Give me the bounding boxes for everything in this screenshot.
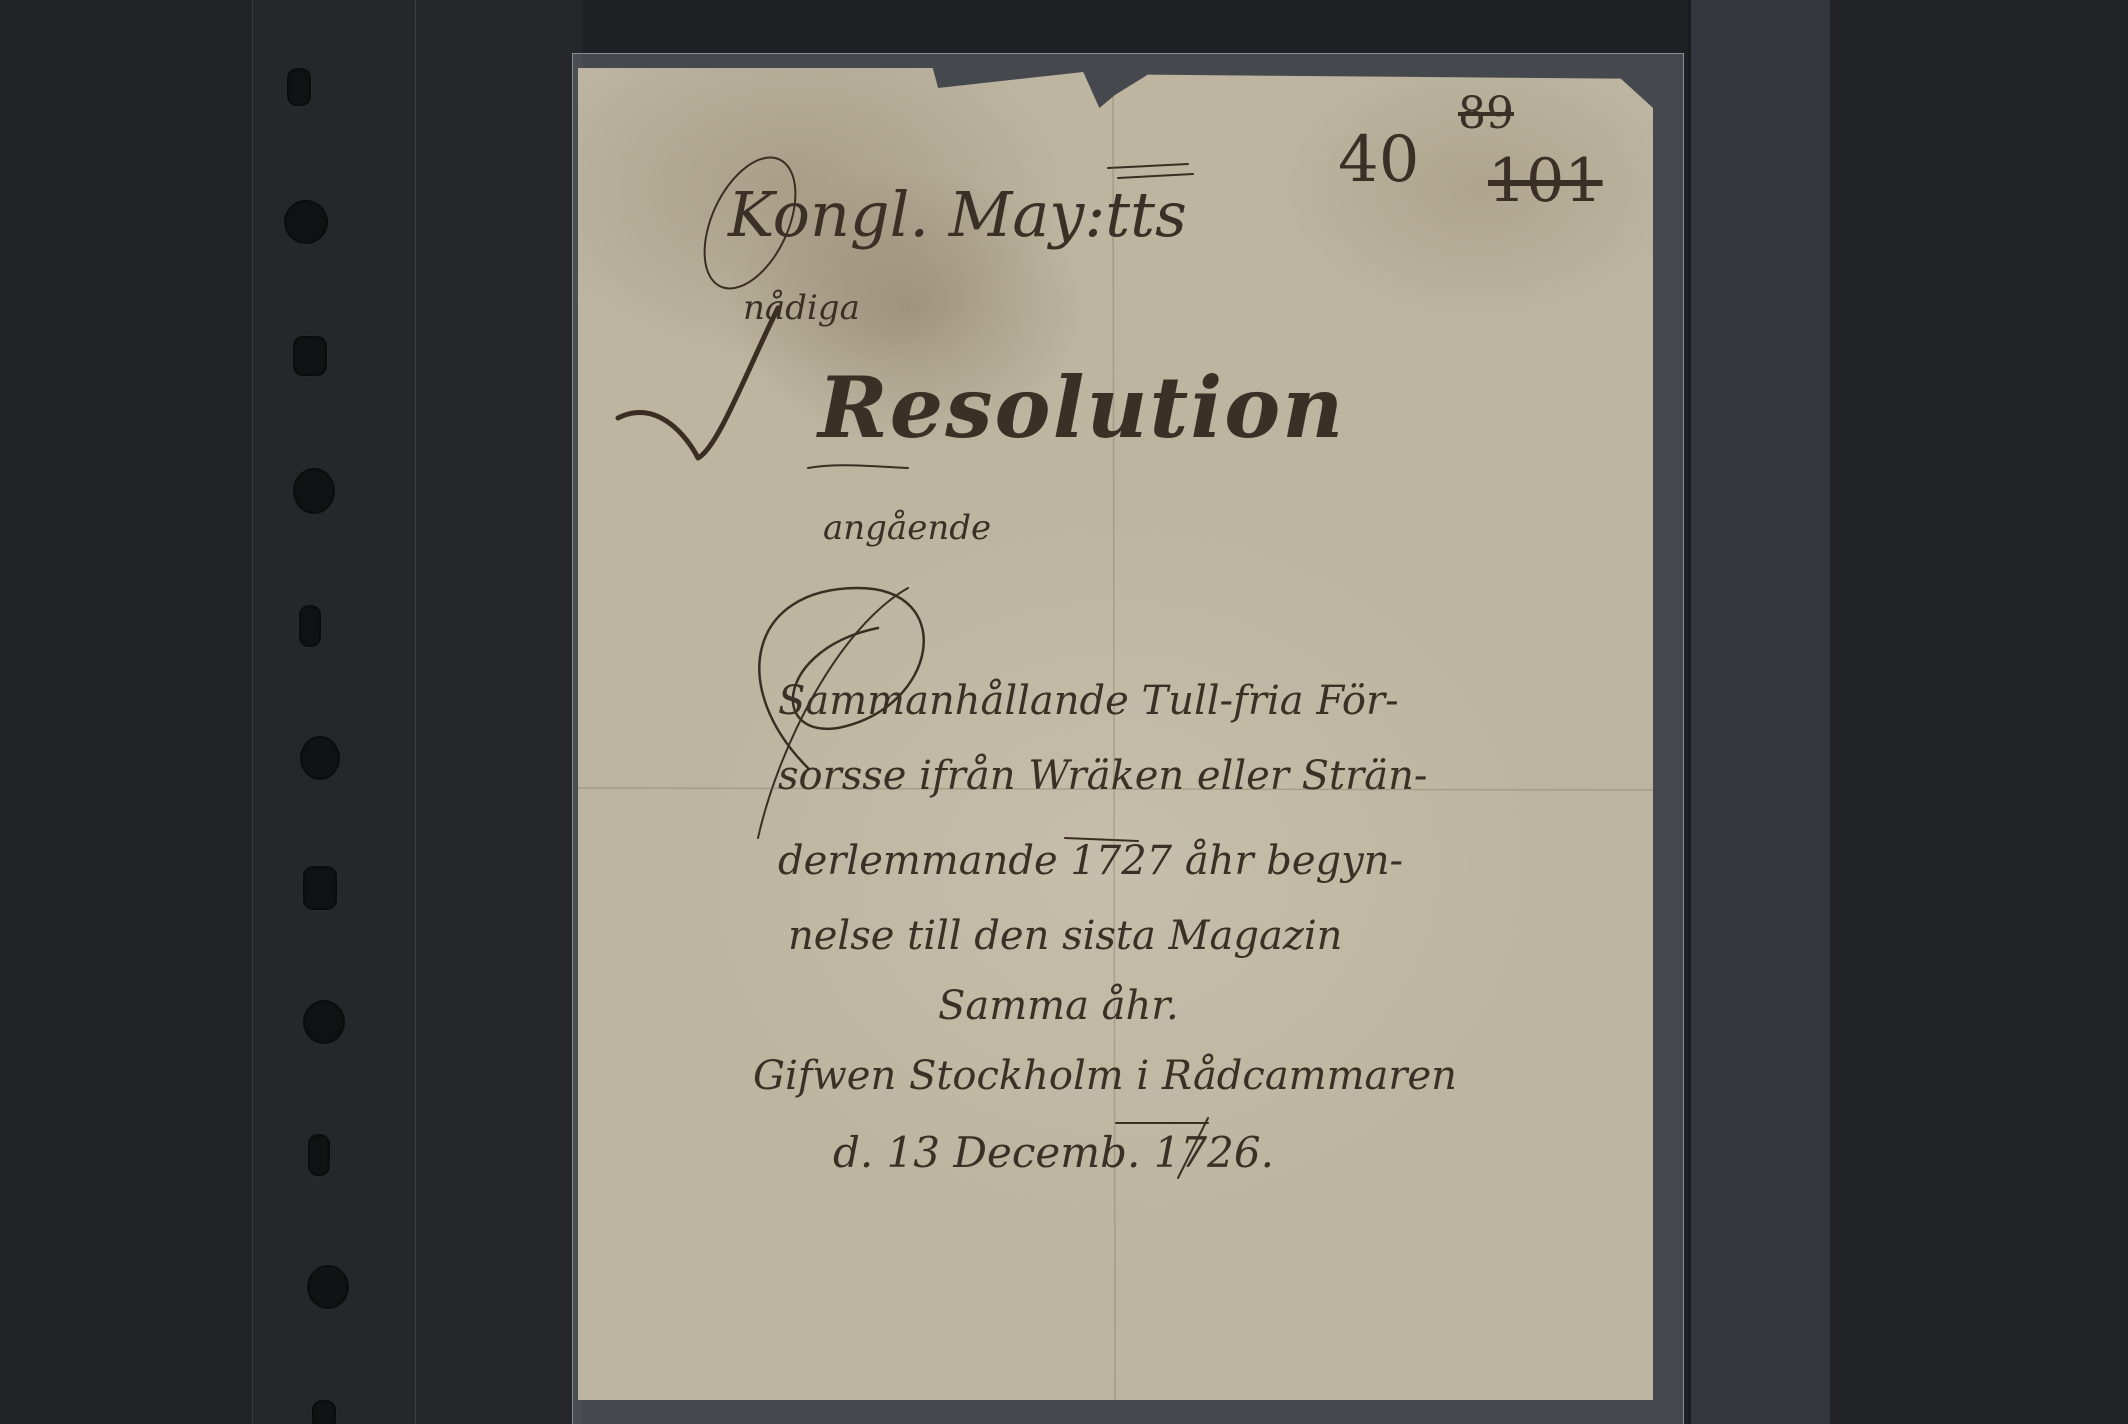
- heading-line-4: angående: [823, 508, 991, 548]
- heading-line-3: Resolution: [818, 358, 1345, 457]
- binder-back-board: [0, 0, 252, 1424]
- binder-hole: [312, 1400, 336, 1424]
- binder-hole: [303, 1000, 345, 1044]
- binder-hole: [307, 1265, 349, 1309]
- heading-line-2: nådiga: [743, 288, 860, 328]
- binder-hole: [299, 605, 321, 647]
- body-line: nelse till den sista Magazin: [788, 913, 1342, 959]
- heading-line-1: Kongl. May:tts: [728, 178, 1187, 251]
- binder-hole: [293, 336, 327, 376]
- binder-strip-crease: [415, 0, 416, 1424]
- closing-line: d. 13 Decemb. 1726.: [833, 1128, 1274, 1177]
- closing-line: Gifwen Stockholm i Rådcammaren: [753, 1053, 1457, 1099]
- body-line: Samma åhr.: [938, 983, 1179, 1029]
- body-line: sorsse ifrån Wräken eller Strän-: [778, 753, 1427, 799]
- binder-hole: [287, 68, 311, 106]
- binder-hole: [308, 1134, 330, 1176]
- document-page: 40 89 101 Kongl. May:tts nådiga Resoluti…: [578, 68, 1653, 1400]
- body-line: derlemmande 1727 åhr begyn-: [778, 838, 1403, 884]
- handwriting-flourishes: [578, 68, 1653, 1400]
- binder-front-board: [1830, 0, 2128, 1424]
- sleeve-right-flap: [1688, 0, 1833, 1424]
- binder-hole: [300, 736, 340, 780]
- binder-hole: [303, 866, 337, 910]
- body-line: Sammanhållande Tull-fria För-: [778, 678, 1399, 724]
- binder-hole: [284, 200, 328, 244]
- binder-hole: [293, 468, 335, 514]
